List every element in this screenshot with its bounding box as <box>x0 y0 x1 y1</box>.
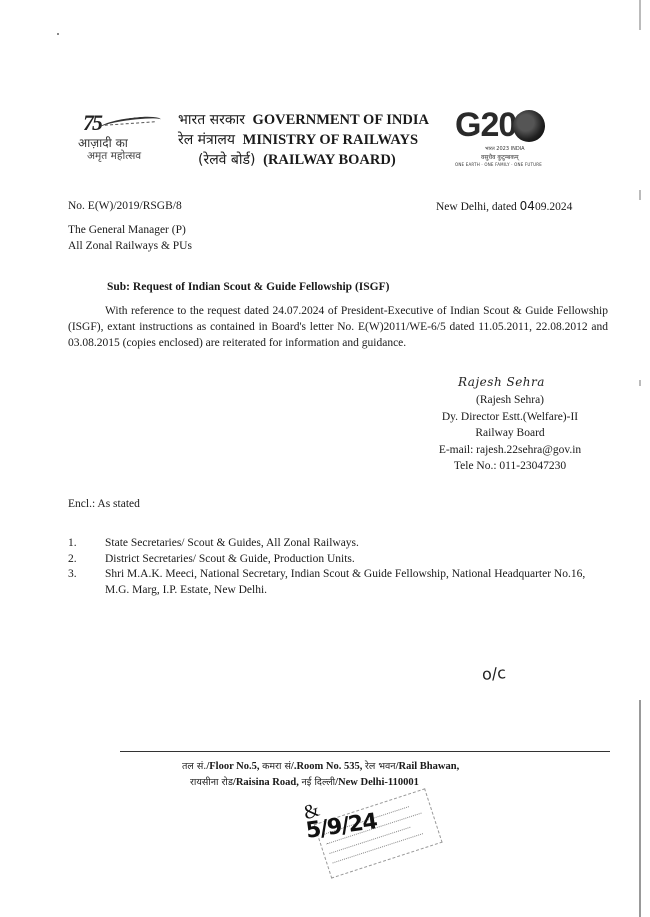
signature-block: (Rajesh Sehra) Dy. Director Estt.(Welfar… <box>410 392 610 475</box>
footer-building-hindi: रेल भवन <box>365 761 396 772</box>
footer-city: /New Delhi-110001 <box>335 777 419 788</box>
globe-lotus-icon <box>513 110 545 142</box>
footer-floor-hindi: तल सं. <box>182 761 206 772</box>
signatory-phone: Tele No.: 011-23047230 <box>410 458 610 475</box>
list-item-text: District Secretaries/ Scout & Guide, Pro… <box>105 552 608 568</box>
letterhead-line-3-hindi: (रेलवे बोर्ड) <box>198 152 256 168</box>
azadi-ka-amrit-mahotsav-logo: 75 आज़ादी का अमृत महोत्सव <box>75 110 175 165</box>
g20-tagline: ONE EARTH · ONE FAMILY · ONE FUTURE <box>455 162 542 167</box>
letterhead-line-2: रेल मंत्रालय MINISTRY OF RAILWAYS <box>178 130 438 150</box>
letterhead-title: भारत सरकार GOVERNMENT OF INDIA रेल मंत्र… <box>178 110 438 170</box>
footer-address-line-2: रायसीना रोड/Raisina Road, नई दिल्ली/New … <box>190 775 419 788</box>
date-suffix: 09.2024 <box>535 201 572 213</box>
received-stamp: & 5/9/24 <box>302 782 447 889</box>
letterhead-line-3-english: (RAILWAY BOARD) <box>263 152 396 168</box>
logo-75-number: 75 <box>83 110 101 136</box>
copy-to-list: 1. State Secretaries/ Scout & Guides, Al… <box>68 536 608 598</box>
addressee-line-2: All Zonal Railways & PUs <box>68 238 192 254</box>
scan-edge-artifact <box>638 0 642 917</box>
signatory-name: (Rajesh Sehra) <box>410 392 610 409</box>
letterhead-line-1-english: GOVERNMENT OF INDIA <box>253 112 429 128</box>
scan-speck <box>57 33 59 35</box>
letterhead-line-2-hindi: रेल मंत्रालय <box>178 132 235 148</box>
handwritten-note: o/c <box>481 663 506 684</box>
letterhead-line-1-hindi: भारत सरकार <box>178 112 245 128</box>
list-item-number: 3. <box>68 567 105 598</box>
list-item: 3. Shri M.A.K. Meeci, National Secretary… <box>68 567 608 598</box>
g20-subtitle-1: भारत 2023 INDIA <box>485 146 525 152</box>
list-item-text: Shri M.A.K. Meeci, National Secretary, I… <box>105 567 608 598</box>
body-paragraph: With reference to the request dated 24.0… <box>68 303 608 351</box>
list-item: 1. State Secretaries/ Scout & Guides, Al… <box>68 536 608 552</box>
signatory-email: E-mail: rajesh.22sehra@gov.in <box>410 442 610 459</box>
addressee-line-1: The General Manager (P) <box>68 222 186 238</box>
date-prefix: New Delhi, dated <box>436 201 520 213</box>
signatory-designation: Dy. Director Estt.(Welfare)-II <box>410 409 610 426</box>
list-item: 2. District Secretaries/ Scout & Guide, … <box>68 552 608 568</box>
handwritten-signature: Rajesh Sehra <box>458 375 545 389</box>
list-item-number: 2. <box>68 552 105 568</box>
letterhead-line-1: भारत सरकार GOVERNMENT OF INDIA <box>178 110 438 130</box>
reference-number: No. E(W)/2019/RSGB/8 <box>68 198 182 214</box>
footer-divider <box>120 751 610 752</box>
footer-room: /.Room No. 535, <box>291 761 365 772</box>
signatory-office: Railway Board <box>410 425 610 442</box>
g20-subtitle-2: वसुधैव कुटुम्बकम् <box>481 153 519 161</box>
footer-room-hindi: कमरा सं <box>262 761 291 772</box>
footer-road-hindi: रायसीना रोड <box>190 777 233 788</box>
footer-building: /Rail Bhawan, <box>396 761 460 772</box>
logo-line2: अमृत महोत्सव <box>87 149 141 163</box>
enclosure-note: Encl.: As stated <box>68 496 140 512</box>
date-handwritten-day: 04 <box>520 199 535 213</box>
footer-road: /Raisina Road, <box>233 777 302 788</box>
list-item-text: State Secretaries/ Scout & Guides, All Z… <box>105 536 608 552</box>
letterhead-line-3: (रेलवे बोर्ड) (RAILWAY BOARD) <box>178 150 438 170</box>
footer-address-line-1: तल सं./Floor No.5, कमरा सं/.Room No. 535… <box>182 759 459 772</box>
g20-text: G20 <box>455 106 516 145</box>
footer-city-hindi: नई दिल्ली <box>301 777 335 788</box>
letter-body: With reference to the request dated 24.0… <box>68 303 608 351</box>
letter-date: New Delhi, dated 0409.2024 <box>436 198 572 215</box>
list-item-number: 1. <box>68 536 105 552</box>
footer-floor: /Floor No.5, <box>206 761 262 772</box>
subject-line: Sub: Request of Indian Scout & Guide Fel… <box>107 281 389 293</box>
g20-logo: G20 भारत 2023 INDIA वसुधैव कुटुम्बकम् ON… <box>455 106 555 172</box>
letterhead-line-2-english: MINISTRY OF RAILWAYS <box>243 132 418 148</box>
